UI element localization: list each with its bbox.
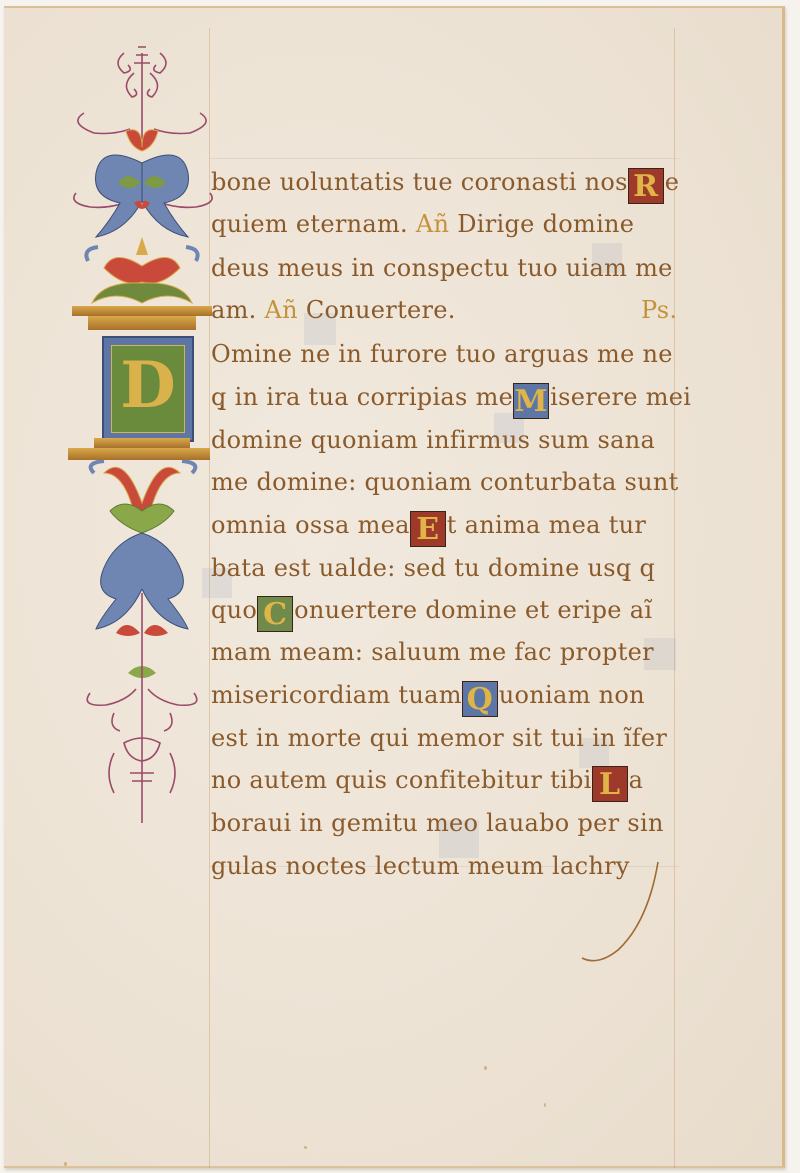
initial-plinth-bottom-base <box>68 448 210 460</box>
text-line-2: quiem eternam. Añ Dirige domine <box>211 210 634 250</box>
initial-E: E <box>410 511 446 547</box>
text-line-14: est in morte qui memor sit tui in ĩfer <box>211 724 667 764</box>
text-line-1: bone uoluntatis tue coronasti nosRe <box>211 168 679 208</box>
text-line-10: bata est ualde: sed tu domine usq̧ q <box>211 554 655 594</box>
initial-plinth-top-base <box>88 316 196 330</box>
initial-plinth-bottom <box>94 438 190 448</box>
initial-L: L <box>592 766 628 802</box>
text-line-11: quoConuertere domine et eripe aĩ <box>211 596 652 636</box>
initial-R: R <box>628 168 664 204</box>
text-line-7: domine quoniam infirmus sum sana <box>211 426 655 466</box>
foxing-spot <box>304 1146 307 1149</box>
initial-plinth-top <box>72 306 212 316</box>
foxing-spot <box>64 1162 67 1166</box>
ruling-line-top <box>209 158 679 159</box>
text-line-5: Omine ne in furore tuo arguas me ne <box>211 340 673 380</box>
text-line-12: mam meam: saluum me fac propter <box>211 638 654 678</box>
foxing-spot <box>484 1066 487 1070</box>
manuscript-page: D bone uoluntatis tue coronasti nosRe qu… <box>4 6 785 1168</box>
foxing-spot <box>544 1103 546 1107</box>
initial-C: C <box>257 596 293 632</box>
text-line-3: deus meus in conspectu tuo uiam me <box>211 254 673 294</box>
rubric-antiphon: Añ <box>416 210 449 238</box>
rubric-psalm: Ps. <box>641 296 677 324</box>
text-line-9: omnia ossa meaEt anima mea tur <box>211 511 646 551</box>
text-line-17: gulas noctes lectum meum lachry <box>211 852 630 892</box>
rubric-antiphon: Añ <box>265 296 298 324</box>
text-line-13: misericordiam tuamQuoniam non <box>211 681 645 721</box>
initial-letter: D <box>112 350 184 422</box>
text-line-4: am. Añ Conuertere. Ps. <box>211 296 686 336</box>
descender-flourish-icon <box>574 858 674 968</box>
text-line-16: boraui in gemitu meo lauabo per sin <box>211 809 664 849</box>
text-line-6: q̧ in ira tua corripias meMiserere mei <box>211 383 691 423</box>
initial-Q: Q <box>462 681 498 717</box>
historiated-initial-D: D <box>102 336 194 442</box>
initial-M: M <box>513 383 549 419</box>
text-line-15: no autem quis confitebitur tibiLa <box>211 766 643 806</box>
text-line-8: me domine: quoniam conturbata sunt <box>211 468 679 508</box>
